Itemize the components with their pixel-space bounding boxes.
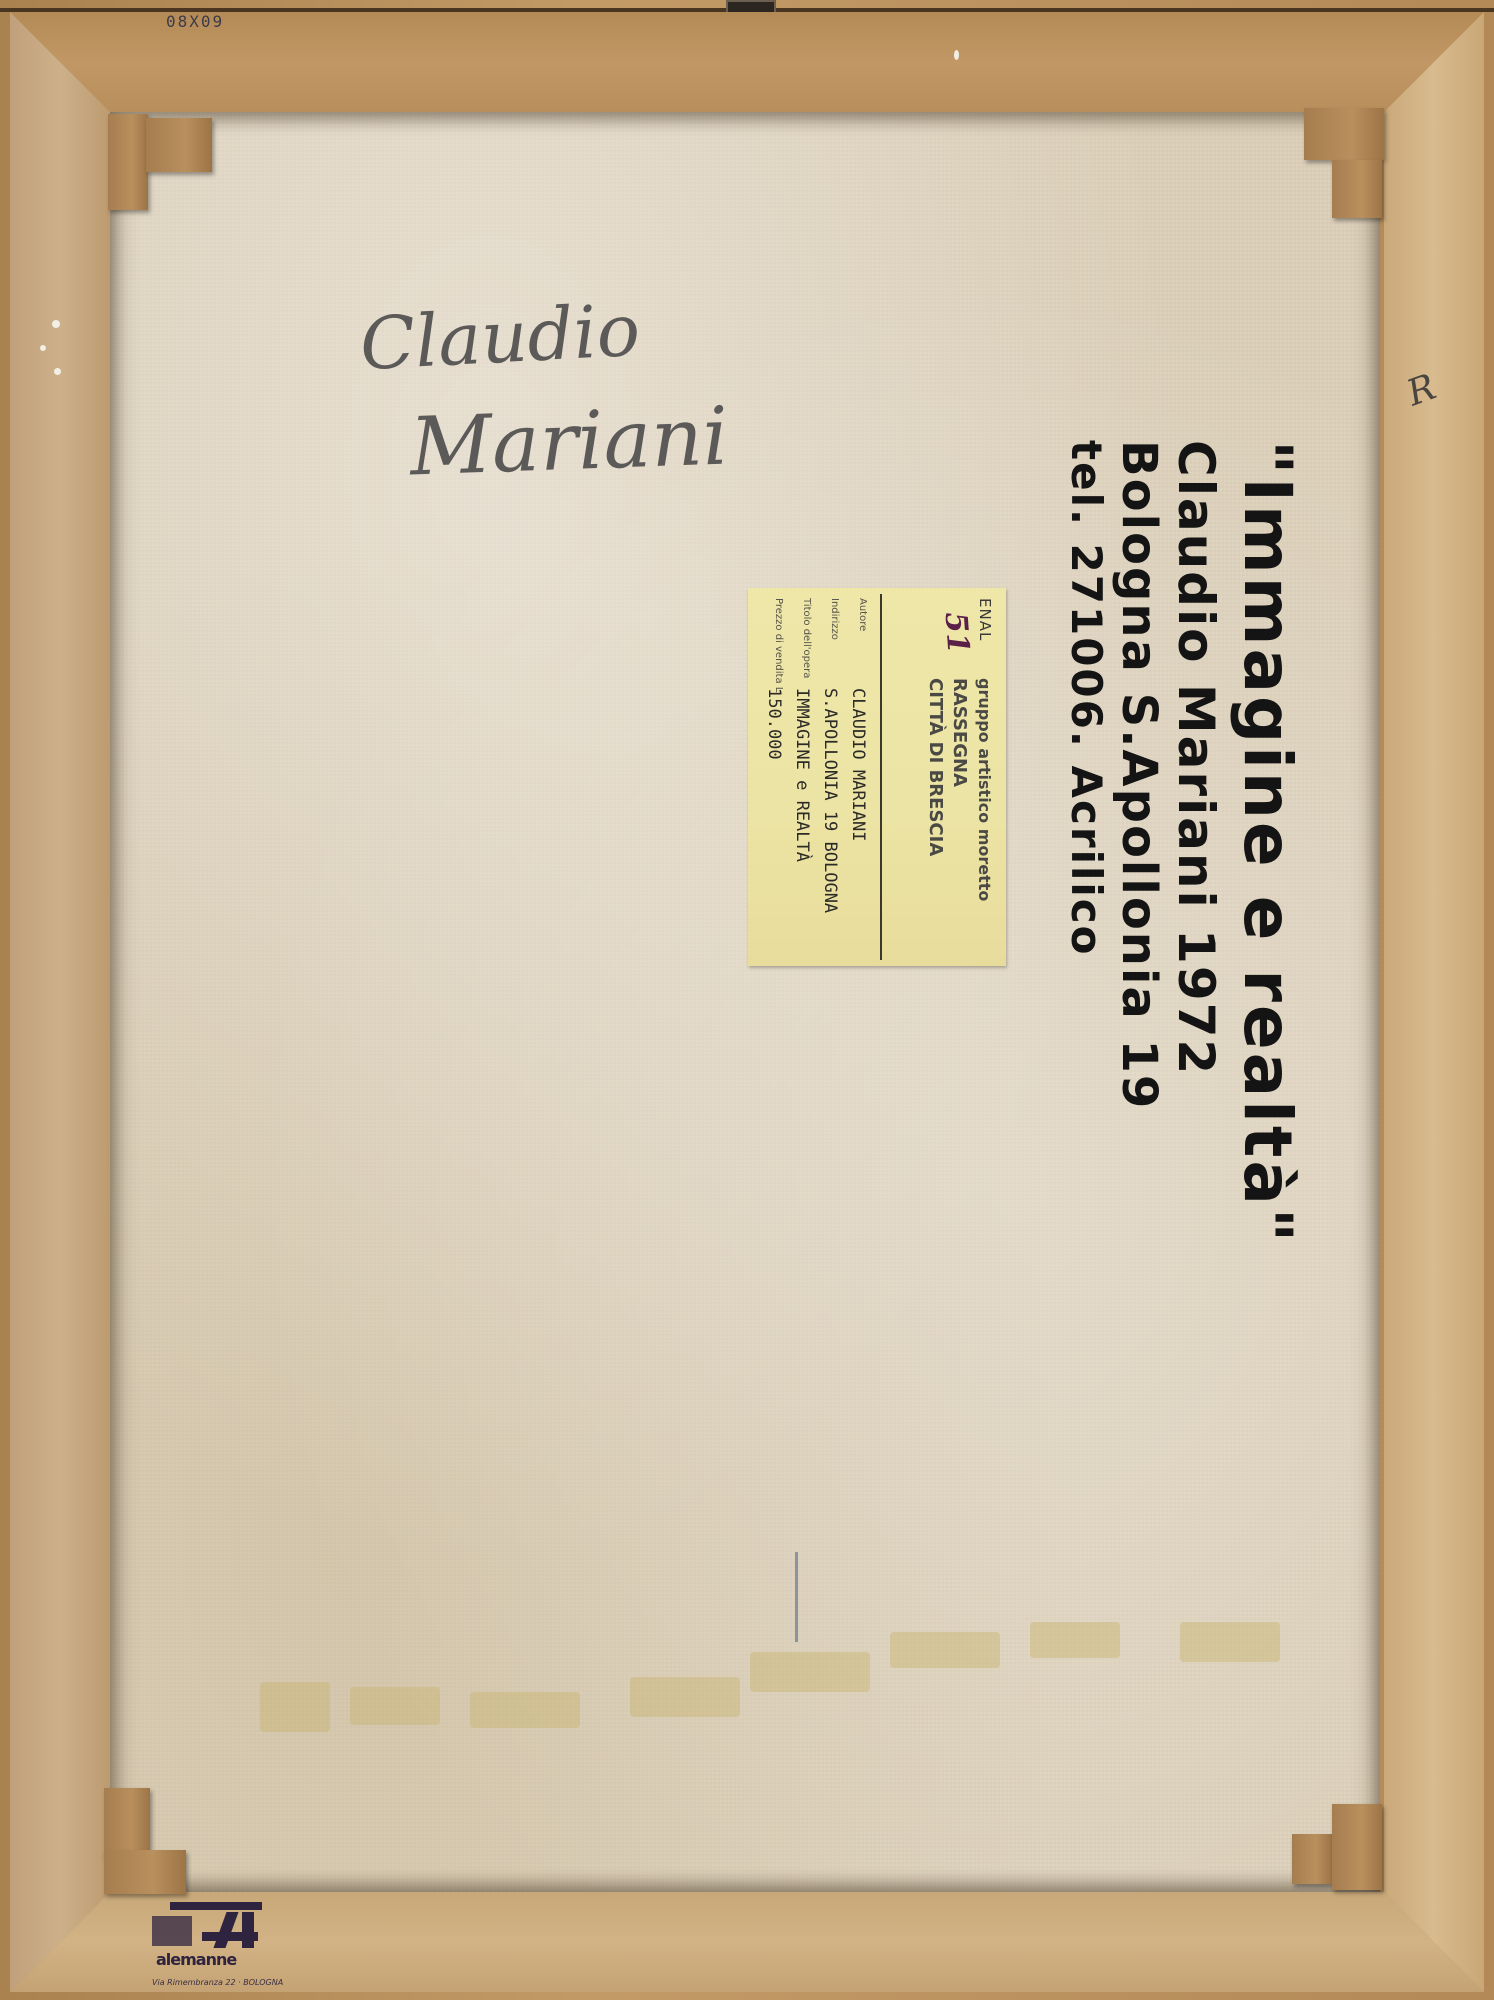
stretcher-bar-left xyxy=(10,12,110,1992)
pencil-signature-first-name: Claudio xyxy=(358,288,642,387)
corner-key-top-left xyxy=(108,114,148,210)
corner-key-top-right xyxy=(1332,160,1382,218)
corner-key-bottom-right xyxy=(1292,1834,1332,1884)
label-divider xyxy=(880,594,882,960)
stretcher-bar-right xyxy=(1384,12,1484,1992)
label-value-price: 150.000 xyxy=(764,688,784,760)
stain xyxy=(470,1692,580,1728)
stain xyxy=(630,1677,740,1717)
label-city: CITTÀ DI BRESCIA xyxy=(925,678,946,856)
stain xyxy=(890,1632,1000,1668)
exhibition-label-content: ENAL 51 gruppo artistico moretto RASSEGN… xyxy=(748,588,1006,966)
corner-key-bottom-right xyxy=(1332,1804,1382,1890)
label-field-price: Prezzo di vendita L. xyxy=(773,598,784,696)
framer-brand: alemanne xyxy=(156,1950,236,1969)
inscription-phone-medium: tel. 271006. Acrilico xyxy=(1062,440,1111,1245)
label-field-title: Titolo dell'opera xyxy=(801,598,812,678)
exhibition-label: ENAL 51 gruppo artistico moretto RASSEGN… xyxy=(748,588,1006,966)
stain xyxy=(1030,1622,1120,1658)
label-field-author: Autore xyxy=(857,598,868,631)
label-event: RASSEGNA xyxy=(949,678,970,787)
stain xyxy=(260,1682,330,1732)
framer-address: Via Rimembranza 22 · BOLOGNA xyxy=(152,1978,283,1987)
label-value-title: IMMAGINE e REALTÀ xyxy=(792,688,812,862)
corner-key-bottom-left xyxy=(104,1788,150,1858)
pencil-signature-last-name: Mariani xyxy=(408,389,729,493)
inscription-address: Bologna S.Apollonia 19 xyxy=(1111,440,1167,1245)
framer-stamp: alemanne Via Rimembranza 22 · BOLOGNA xyxy=(142,1898,292,1988)
blue-drip xyxy=(795,1552,798,1642)
corner-key-bottom-left xyxy=(104,1850,186,1894)
inscription-title: "Immagine e realtà" xyxy=(1229,440,1306,1245)
corner-key-top-left xyxy=(146,118,212,172)
label-entry-number: 51 xyxy=(938,611,976,655)
label-value-author: CLAUDIO MARIANI xyxy=(848,688,868,842)
label-group: gruppo artistico moretto xyxy=(975,678,994,901)
paint-spot xyxy=(54,368,61,375)
paint-spot xyxy=(40,345,46,351)
label-value-address: S.APOLLONIA 19 BOLOGNA xyxy=(820,688,840,913)
marker-inscription: "Immagine e realtà" Claudio Mariani 1972… xyxy=(1062,440,1306,1245)
label-field-address: Indirizzo xyxy=(829,598,840,640)
paint-spot xyxy=(954,50,959,60)
paint-spot xyxy=(52,320,60,328)
frame-code-mark: 08X09 xyxy=(166,12,224,31)
framer-logo-icon xyxy=(142,1898,272,1958)
stretcher-bar-top xyxy=(10,12,1484,112)
stain xyxy=(1180,1622,1280,1662)
stain xyxy=(350,1687,440,1725)
label-organization: ENAL xyxy=(976,598,994,641)
stain xyxy=(750,1652,870,1692)
corner-key-top-right xyxy=(1304,108,1384,160)
inscription-artist-year: Claudio Mariani 1972 xyxy=(1167,440,1225,1245)
artwork-verso: 08X09 R Claudio Mariani "Immagine e real… xyxy=(0,0,1494,2000)
